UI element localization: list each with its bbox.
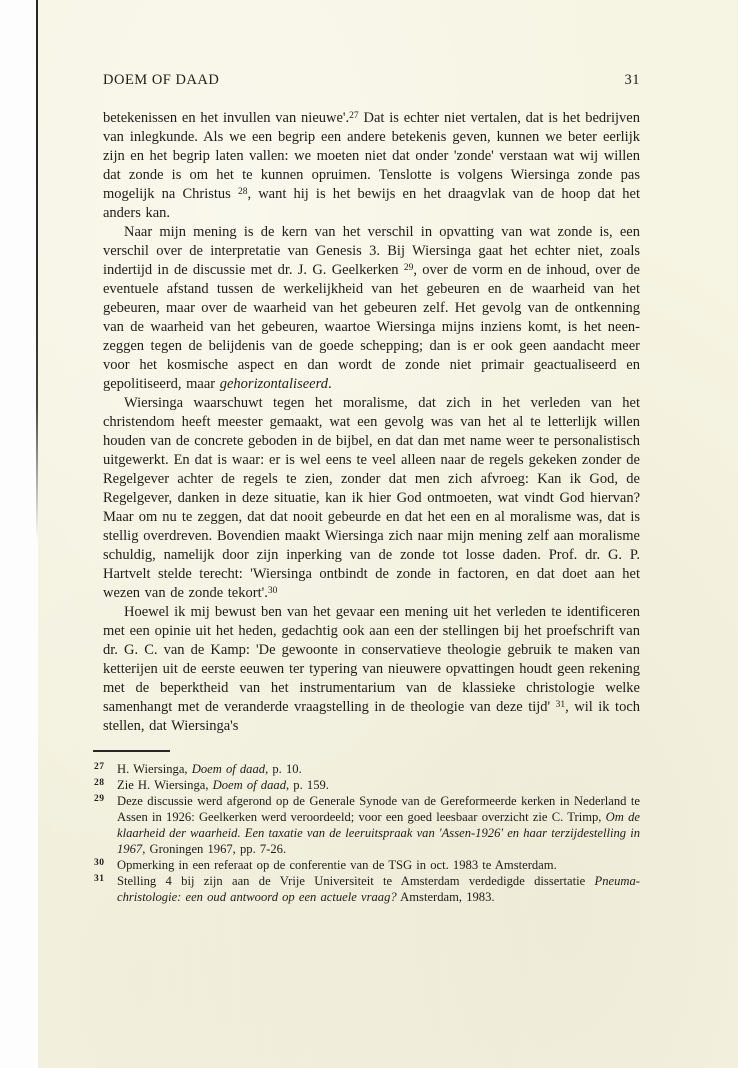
footnote-ref: 28 — [238, 187, 248, 197]
running-header-title: DOEM OF DAAD — [103, 70, 219, 90]
paragraph: Wiersinga waarschuwt tegen het moralisme… — [103, 394, 640, 603]
page-number: 31 — [625, 70, 641, 90]
text-run: , p. 10. — [265, 762, 302, 776]
text-run: , p. 159. — [286, 778, 329, 792]
page-edge-shadow — [36, 0, 38, 540]
text-run: Opmerking in een referaat op de conferen… — [117, 858, 557, 872]
footnote: 30Opmerking in een referaat op de confer… — [93, 857, 640, 873]
text-run: . — [328, 376, 332, 392]
footnote-ref: 29 — [404, 263, 414, 273]
italic-text: gehorizontaliseerd — [220, 376, 328, 392]
footnote: 27H. Wiersinga, Doem of daad, p. 10. — [93, 761, 640, 777]
footnote: 28Zie H. Wiersinga, Doem of daad, p. 159… — [93, 777, 640, 793]
footnote-separator — [93, 750, 170, 752]
paragraph: Hoewel ik mij bewust ben van het gevaar … — [103, 603, 640, 736]
italic-text: Doem of daad — [192, 762, 265, 776]
scanned-book-page: DOEM OF DAAD 31 betekenissen en het invu… — [0, 0, 738, 1068]
running-header: DOEM OF DAAD 31 — [103, 70, 640, 90]
footnote-number: 28 — [94, 775, 105, 791]
text-run: Hoewel ik mij bewust ben van het gevaar … — [103, 604, 640, 715]
text-run: betekenissen en het invullen van nieuwe'… — [103, 110, 349, 126]
footnote-text: Stelling 4 bij zijn aan de Vrije Univers… — [117, 874, 640, 904]
footnote-number: 27 — [94, 759, 105, 775]
body-text: betekenissen en het invullen van nieuwe'… — [103, 109, 640, 736]
footnote-ref: 30 — [268, 586, 278, 596]
book-page: DOEM OF DAAD 31 betekenissen en het invu… — [38, 0, 738, 1068]
text-run: , over de vorm en de inhoud, over de eve… — [103, 262, 640, 392]
page-content: DOEM OF DAAD 31 betekenissen en het invu… — [103, 70, 640, 905]
footnote-text: H. Wiersinga, Doem of daad, p. 10. — [117, 762, 302, 776]
text-run: , Groningen 1967, pp. 7-26. — [142, 842, 286, 856]
text-run: Amsterdam, 1983. — [397, 890, 495, 904]
footnote-number: 29 — [94, 791, 105, 807]
text-run: Wiersinga waarschuwt tegen het moralisme… — [103, 395, 640, 601]
footnote-text: Deze discussie werd afgerond op de Gener… — [117, 794, 640, 856]
footnote-number: 31 — [94, 871, 105, 887]
footnote-text: Opmerking in een referaat op de conferen… — [117, 858, 557, 872]
text-run: Zie H. Wiersinga, — [117, 778, 213, 792]
text-run: H. Wiersinga, — [117, 762, 192, 776]
text-run: Stelling 4 bij zijn aan de Vrije Univers… — [117, 874, 595, 888]
footnote-ref: 31 — [556, 700, 566, 710]
italic-text: Doem of daad — [213, 778, 286, 792]
paragraph: betekenissen en het invullen van nieuwe'… — [103, 109, 640, 223]
footnote-number: 30 — [94, 855, 105, 871]
footnote-ref: 27 — [349, 111, 359, 121]
footnote-text: Zie H. Wiersinga, Doem of daad, p. 159. — [117, 778, 329, 792]
footnote: 31Stelling 4 bij zijn aan de Vrije Unive… — [93, 873, 640, 905]
footnotes-section: 27H. Wiersinga, Doem of daad, p. 10.28Zi… — [93, 761, 640, 905]
text-run: Deze discussie werd afgerond op de Gener… — [117, 794, 640, 824]
footnote: 29Deze discussie werd afgerond op de Gen… — [93, 793, 640, 857]
paragraph: Naar mijn mening is de kern van het vers… — [103, 223, 640, 394]
